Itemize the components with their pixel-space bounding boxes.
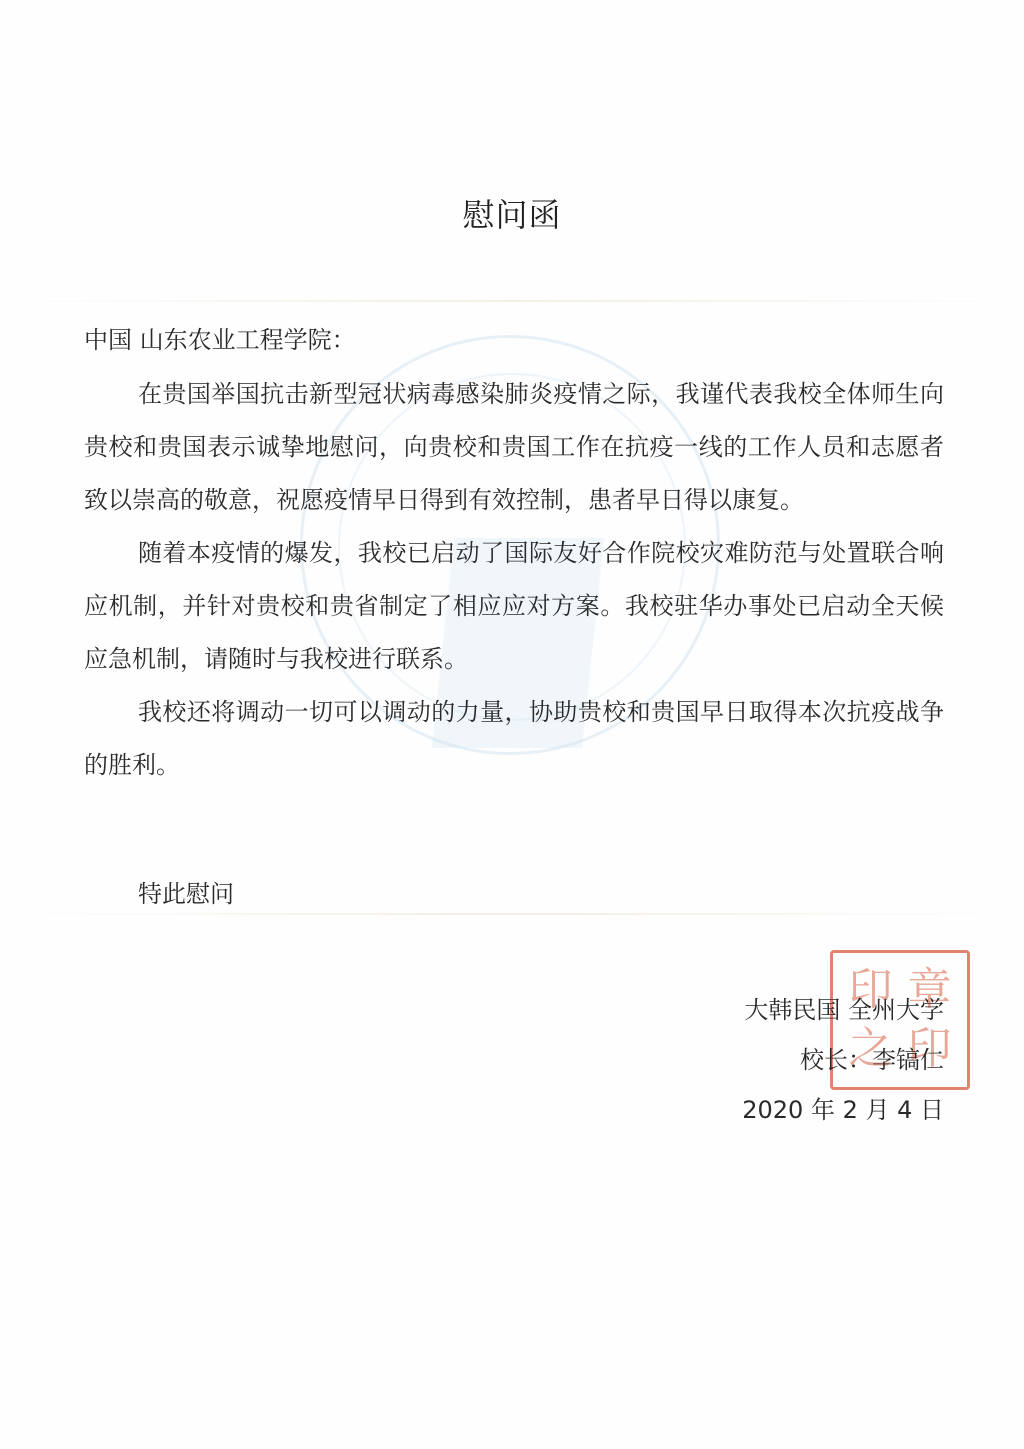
closing-phrase: 特此慰问	[138, 874, 234, 909]
signature-block: 大韩民国 全州大学 校长：李镐仁 2020 年 2 月 4 日	[742, 985, 944, 1135]
signature-organization: 大韩民国 全州大学	[742, 985, 944, 1035]
paragraph-2: 随着本疫情的爆发，我校已启动了国际友好合作院校灾难防范与处置联合响应机制，并针对…	[84, 527, 944, 686]
paragraph-3: 我校还将调动一切可以调动的力量，协助贵校和贵国早日取得本次抗疫战争的胜利。	[84, 686, 944, 792]
paper-fold-line	[0, 300, 1024, 302]
letter-title: 慰问函	[0, 190, 1024, 236]
letter-body: 在贵国举国抗击新型冠状病毒感染肺炎疫情之际，我谨代表我校全体师生向贵校和贵国表示…	[84, 368, 944, 792]
letter-page: 慰问函 中国 山东农业工程学院： 在贵国举国抗击新型冠状病毒感染肺炎疫情之际，我…	[0, 0, 1024, 1449]
signature-president: 校长：李镐仁	[742, 1035, 944, 1085]
salutation: 中国 山东农业工程学院：	[84, 320, 356, 355]
signature-date: 2020 年 2 月 4 日	[742, 1085, 944, 1135]
paragraph-1: 在贵国举国抗击新型冠状病毒感染肺炎疫情之际，我谨代表我校全体师生向贵校和贵国表示…	[84, 368, 944, 527]
paper-fold-line	[0, 913, 1024, 915]
